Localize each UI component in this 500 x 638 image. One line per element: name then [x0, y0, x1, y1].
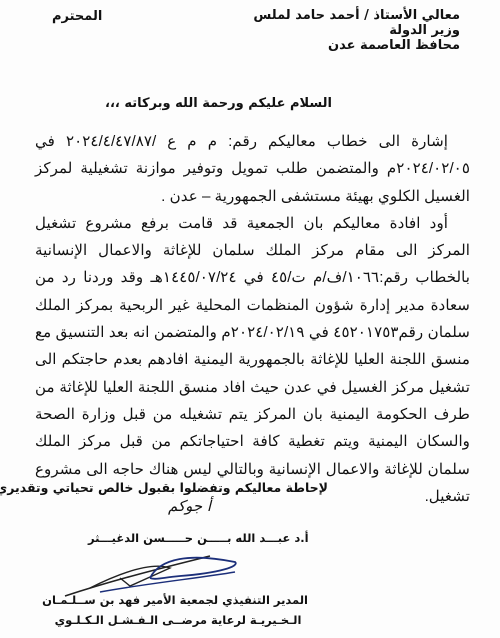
signer-title-line-2: الـخـيريـة لرعاية مرضــى الـفـشـل الـكـل…	[48, 610, 308, 630]
signer-title-line-1: المدير التنفيذي لجمعية الأمير فهد بن ســ…	[48, 590, 308, 610]
handwritten-note: أ جوكم	[168, 497, 211, 515]
letter-body: إشارة الى خطاب معاليكم رقم: م م ع /٢٠٢٤/…	[35, 128, 470, 510]
recipient-position: وزير الدولة	[253, 23, 460, 38]
signer-name: أ.د عبـــد الله بـــــن حـــــسن الدغيــ…	[88, 531, 309, 545]
paragraph-1: إشارة الى خطاب معاليكم رقم: م م ع /٢٠٢٤/…	[35, 128, 470, 210]
closing-line: لإحاطة معاليكم وتفضلوا بقبول خالص تحياتي…	[0, 480, 328, 495]
greeting: السلام عليكم ورحمة الله وبركاته ،،،	[105, 96, 332, 111]
letter-page: معالي الأستاذ / أحمد حامد لملس وزير الدو…	[0, 0, 500, 638]
recipient-name: معالي الأستاذ / أحمد حامد لملس	[253, 8, 460, 23]
honorific: المحترم	[52, 9, 102, 24]
recipient-governorate: محافظ العاصمة عدن	[253, 38, 460, 53]
recipient-address: معالي الأستاذ / أحمد حامد لملس وزير الدو…	[253, 8, 460, 53]
paragraph-2: أود افادة معاليكم بان الجمعية قد قامت بر…	[35, 210, 470, 510]
signer-title: المدير التنفيذي لجمعية الأمير فهد بن ســ…	[48, 590, 308, 630]
